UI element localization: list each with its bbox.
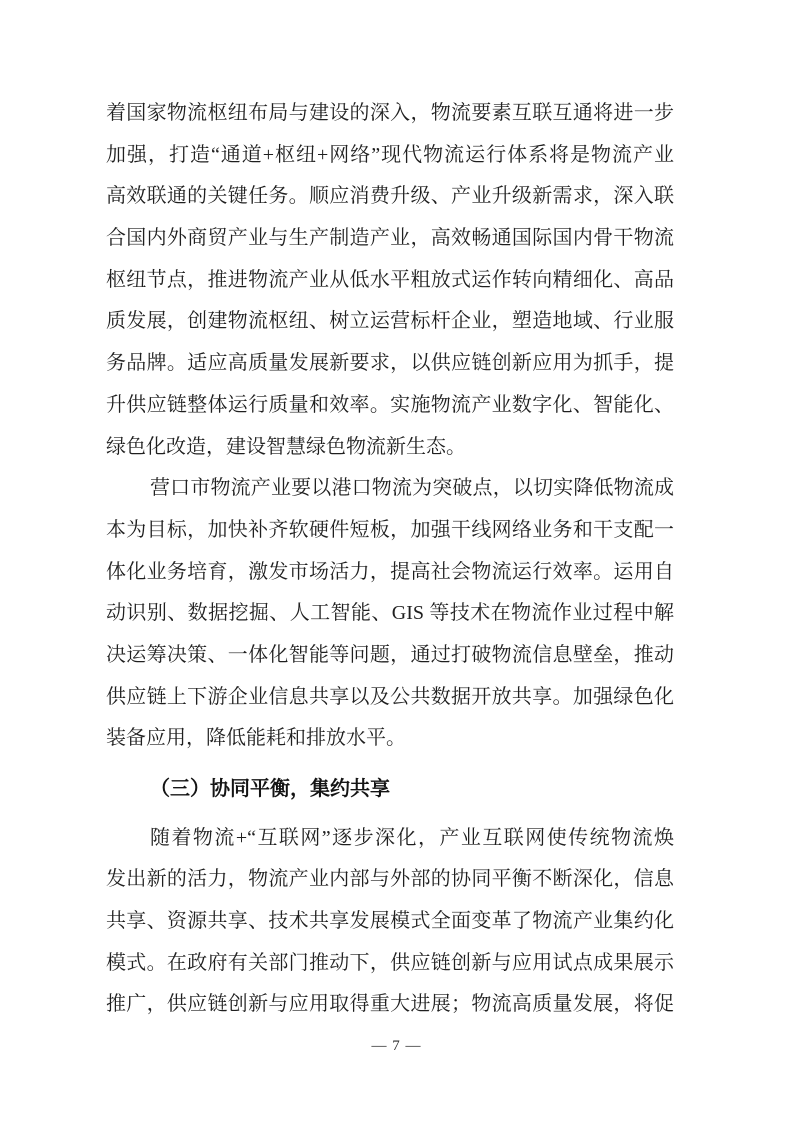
text-line: 营口市物流产业要以港口物流为突破点，以切实降低物流成	[106, 468, 674, 510]
document-page: 着国家物流枢纽布局与建设的深入，物流要素互联互通将进一步加强，打造“通道+枢纽+…	[0, 0, 793, 1122]
paragraph: 营口市物流产业要以港口物流为突破点，以切实降低物流成本为目标，加快补齐软硬件短板…	[106, 468, 674, 760]
text-block: 着国家物流枢纽布局与建设的深入，物流要素互联互通将进一步加强，打造“通道+枢纽+…	[106, 93, 674, 1026]
text-line: 决运筹决策、一体化智能等问题，通过打破物流信息壁垒，推动	[106, 635, 674, 677]
paragraph: 随着物流+“互联网”逐步深化，产业互联网使传统物流焕发出新的活力，物流产业内部与…	[106, 818, 674, 1026]
text-line: 质发展，创建物流枢纽、树立运营标杆企业，塑造地域、行业服	[106, 301, 674, 343]
text-line: 本为目标，加快补齐软硬件短板，加强干线网络业务和干支配一	[106, 510, 674, 552]
text-line: 加强，打造“通道+枢纽+网络”现代物流运行体系将是物流产业	[106, 135, 674, 177]
text-line: 枢纽节点，推进物流产业从低水平粗放式运作转向精细化、高品	[106, 260, 674, 302]
text-line: 共享、资源共享、技术共享发展模式全面变革了物流产业集约化	[106, 901, 674, 943]
text-line: 绿色化改造，建设智慧绿色物流新生态。	[106, 427, 674, 469]
text-line: 供应链上下游企业信息共享以及公共数据开放共享。加强绿色化	[106, 677, 674, 719]
text-line: 体化业务培育，激发市场活力，提高社会物流运行效率。运用自	[106, 552, 674, 594]
text-line: 升供应链整体运行质量和效率。实施物流产业数字化、智能化、	[106, 385, 674, 427]
text-line: 务品牌。适应高质量发展新要求，以供应链创新应用为抓手，提	[106, 343, 674, 385]
text-line: 着国家物流枢纽布局与建设的深入，物流要素互联互通将进一步	[106, 93, 674, 135]
text-line: 随着物流+“互联网”逐步深化，产业互联网使传统物流焕	[106, 818, 674, 860]
text-line: 合国内外商贸产业与生产制造产业，高效畅通国际国内骨干物流	[106, 218, 674, 260]
text-line: 推广，供应链创新与应用取得重大进展；物流高质量发展，将促	[106, 984, 674, 1026]
text-line: 高效联通的关键任务。顺应消费升级、产业升级新需求，深入联	[106, 176, 674, 218]
text-line: 动识别、数据挖掘、人工智能、GIS 等技术在物流作业过程中解	[106, 593, 674, 635]
text-line: 装备应用，降低能耗和排放水平。	[106, 718, 674, 760]
page-number: — 7 —	[0, 1036, 793, 1056]
section-heading: （三）协同平衡，集约共享	[106, 769, 674, 811]
text-line: 模式。在政府有关部门推动下，供应链创新与应用试点成果展示	[106, 943, 674, 985]
paragraph: 着国家物流枢纽布局与建设的深入，物流要素互联互通将进一步加强，打造“通道+枢纽+…	[106, 93, 674, 468]
text-line: 发出新的活力，物流产业内部与外部的协同平衡不断深化，信息	[106, 859, 674, 901]
